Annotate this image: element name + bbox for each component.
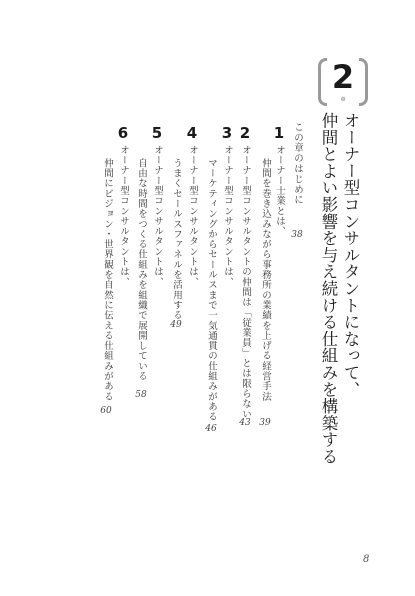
toc-section-3-line-1[interactable]: オーナー型コンサルタントは、 [221,145,233,287]
toc-section-3-line-2[interactable]: マーケティングからセールスまで一気通貫の仕組みがある [205,158,217,422]
toc-section-5-line-2[interactable]: 自由な時間をつくる仕組みを組織で展開している [135,158,147,381]
toc-section-2-number: 2 [236,124,254,142]
toc-section-1-page: 39 [255,418,275,428]
toc-section-6-line-2[interactable]: 仲間にビジョン・世界観を自然に伝える仕組みがある [101,158,113,402]
toc-section-4-line-1[interactable]: オーナー型コンサルタントは、 [186,145,198,287]
toc-section-1-line-1[interactable]: オーナー士業とは、 [273,145,285,236]
page-number: 8 [363,554,369,565]
toc-section-4-line-2[interactable]: うまくセールスファネルを活用する [170,158,182,320]
toc-section-2-page: 43 [235,418,255,428]
chapter-badge: 2 章 [318,58,368,108]
toc-section-6-number: 6 [114,124,132,142]
toc-section-4-page: 49 [166,320,186,330]
toc-section-5-number: 5 [148,124,166,142]
toc-intro-label[interactable]: この章のはじめに [291,122,303,205]
toc-section-5-page: 58 [131,390,151,400]
chapter-number: 2 [318,58,368,96]
toc-section-3-number: 3 [218,124,236,142]
toc-section-6-line-1[interactable]: オーナー型コンサルタントは、 [117,145,129,287]
chapter-title-line-1: オーナー型コンサルタントになって、 [341,112,359,398]
toc-section-2-line-1[interactable]: オーナー型コンサルタントの仲間は「従業員」とは限らない [239,145,251,419]
toc-section-3-page: 46 [201,424,221,434]
chapter-title-line-2: 仲間とよい影響を与え続ける仕組みを構築する [319,112,337,465]
toc-intro-page: 38 [287,230,307,240]
toc-section-1-number: 1 [270,124,288,142]
toc-page: 2 章 オーナー型コンサルタントになって、 仲間とよい影響を与え続ける仕組みを構… [0,0,415,596]
toc-section-5-line-1[interactable]: オーナー型コンサルタントは、 [151,145,163,287]
chapter-label: 章 [318,96,368,103]
toc-section-4-number: 4 [183,124,201,142]
toc-section-6-page: 60 [96,406,116,416]
toc-section-1-line-2[interactable]: 仲間を巻き込みながら事務所の業績を上げる経営手法 [259,158,271,402]
